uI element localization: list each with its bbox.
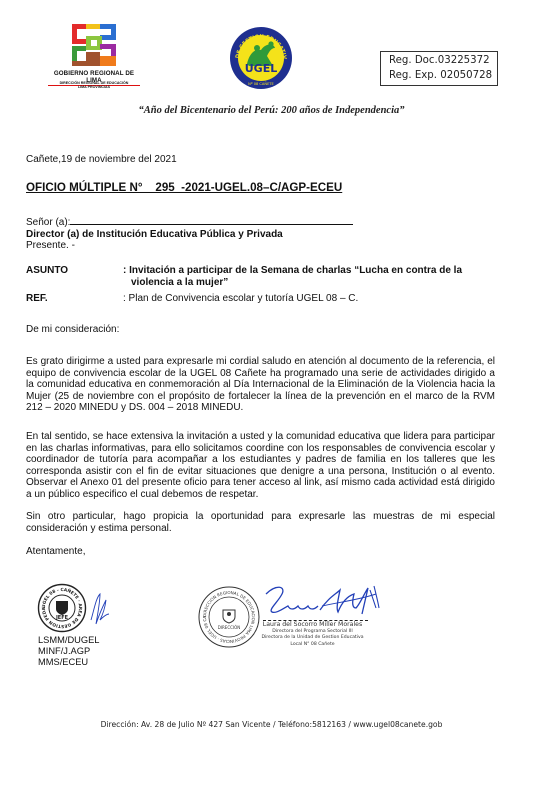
signer-name: Laura del Socorro Miller Morales <box>250 621 375 629</box>
body-paragraph-1: Es grato dirigirme a usted para expresar… <box>26 356 495 414</box>
jefe-seal-icon: UGEL 08 - CAÑETE · AREA DE GESTION PEDAG… <box>37 583 87 633</box>
director-signature <box>262 580 382 622</box>
svg-text:DIRECCIÓN: DIRECCIÓN <box>218 625 240 630</box>
ugel-seal-logo: UGEL UNIDAD DE GESTION EDUCATIVA LOCAL N… <box>229 26 293 90</box>
regional-logo-subtitle-line2: LIMA PROVINCIAS <box>48 85 140 89</box>
initials-line-2: MINF/J.AGP <box>38 646 99 657</box>
ref-label: REF. <box>26 293 48 305</box>
initials-line-1: LSMM/DUGEL <box>38 635 99 646</box>
body-paragraph-3: Sin otro particular, hago propicia la op… <box>26 511 495 534</box>
asunto-value-line1: : Invitación a participar de la Semana d… <box>123 265 462 276</box>
addressee-recipient: Director (a) de Institución Educativa Pú… <box>26 229 356 241</box>
svg-text:Nº 08 CAÑETE: Nº 08 CAÑETE <box>248 81 274 86</box>
director-signature-icon <box>262 580 382 622</box>
addressee-salutation-line: Señor (a): <box>26 216 356 229</box>
addressee-salutation: Señor (a): <box>26 217 70 228</box>
addressee-presente: Presente. - <box>26 240 356 252</box>
addressee-block: Señor (a): Director (a) de Institución E… <box>26 216 356 252</box>
registry-doc-number: Reg. Doc.03225372 <box>389 54 497 69</box>
signer-block: Laura del Socorro Miller Morales Directo… <box>250 621 375 648</box>
asunto-value-line2: violencia a la mujer” <box>123 277 513 289</box>
signer-role-2: Directora de la Unidad de Gestion Educat… <box>250 635 375 641</box>
ugel-seal-icon: UGEL UNIDAD DE GESTION EDUCATIVA LOCAL N… <box>229 26 293 90</box>
regional-logo-subtitle: DIRECCIÓN REGIONAL DE EDUCACIÓN LIMA PRO… <box>48 81 140 90</box>
initials-line-3: MMS/ECEU <box>38 657 99 668</box>
svg-text:DIRECCION REGIONAL DE EDUCACIO: DIRECCION REGIONAL DE EDUCACION LIMA PRO… <box>198 586 256 644</box>
body-paragraph-2: En tal sentido, se hace extensiva la inv… <box>26 431 495 501</box>
gobierno-regional-lima-logo: GOBIERNO REGIONAL DE LIMA DIRECCIÓN REGI… <box>48 24 140 104</box>
svg-text:UGEL: UGEL <box>245 62 277 75</box>
oficio-title: OFICIO MÚLTIPLE N° 295 -2021-UGEL.08–C/A… <box>26 181 342 194</box>
svg-text:JEFE: JEFE <box>55 615 69 621</box>
addressee-blank-line <box>70 216 353 225</box>
regional-logo-mark-icon <box>70 24 118 68</box>
initials-signature <box>88 590 110 630</box>
letter-date: Cañete,19 de noviembre del 2021 <box>26 154 177 166</box>
footer-address: Dirección: Av. 28 de Julio Nº 427 San Vi… <box>0 720 543 729</box>
closing: Atentamente, <box>26 546 85 558</box>
ref-value: : Plan de Convivencia escolar y tutoría … <box>123 293 513 305</box>
asunto-label: ASUNTO <box>26 265 68 277</box>
initials-signature-icon <box>88 590 110 630</box>
initials-block: LSMM/DUGEL MINF/J.AGP MMS/ECEU <box>38 635 99 667</box>
registry-exp-number: Reg. Exp. 02050728 <box>389 69 497 84</box>
greeting: De mi consideración: <box>26 324 119 336</box>
jefe-stamp-seal: UGEL 08 - CAÑETE · AREA DE GESTION PEDAG… <box>37 583 87 633</box>
registry-box: Reg. Doc.03225372 Reg. Exp. 02050728 <box>380 51 498 86</box>
year-motto: “Año del Bicentenario del Perú: 200 años… <box>0 105 543 116</box>
signer-role-3: Local N° 08 Cañete <box>250 642 375 648</box>
asunto-value: : Invitación a participar de la Semana d… <box>123 265 513 288</box>
